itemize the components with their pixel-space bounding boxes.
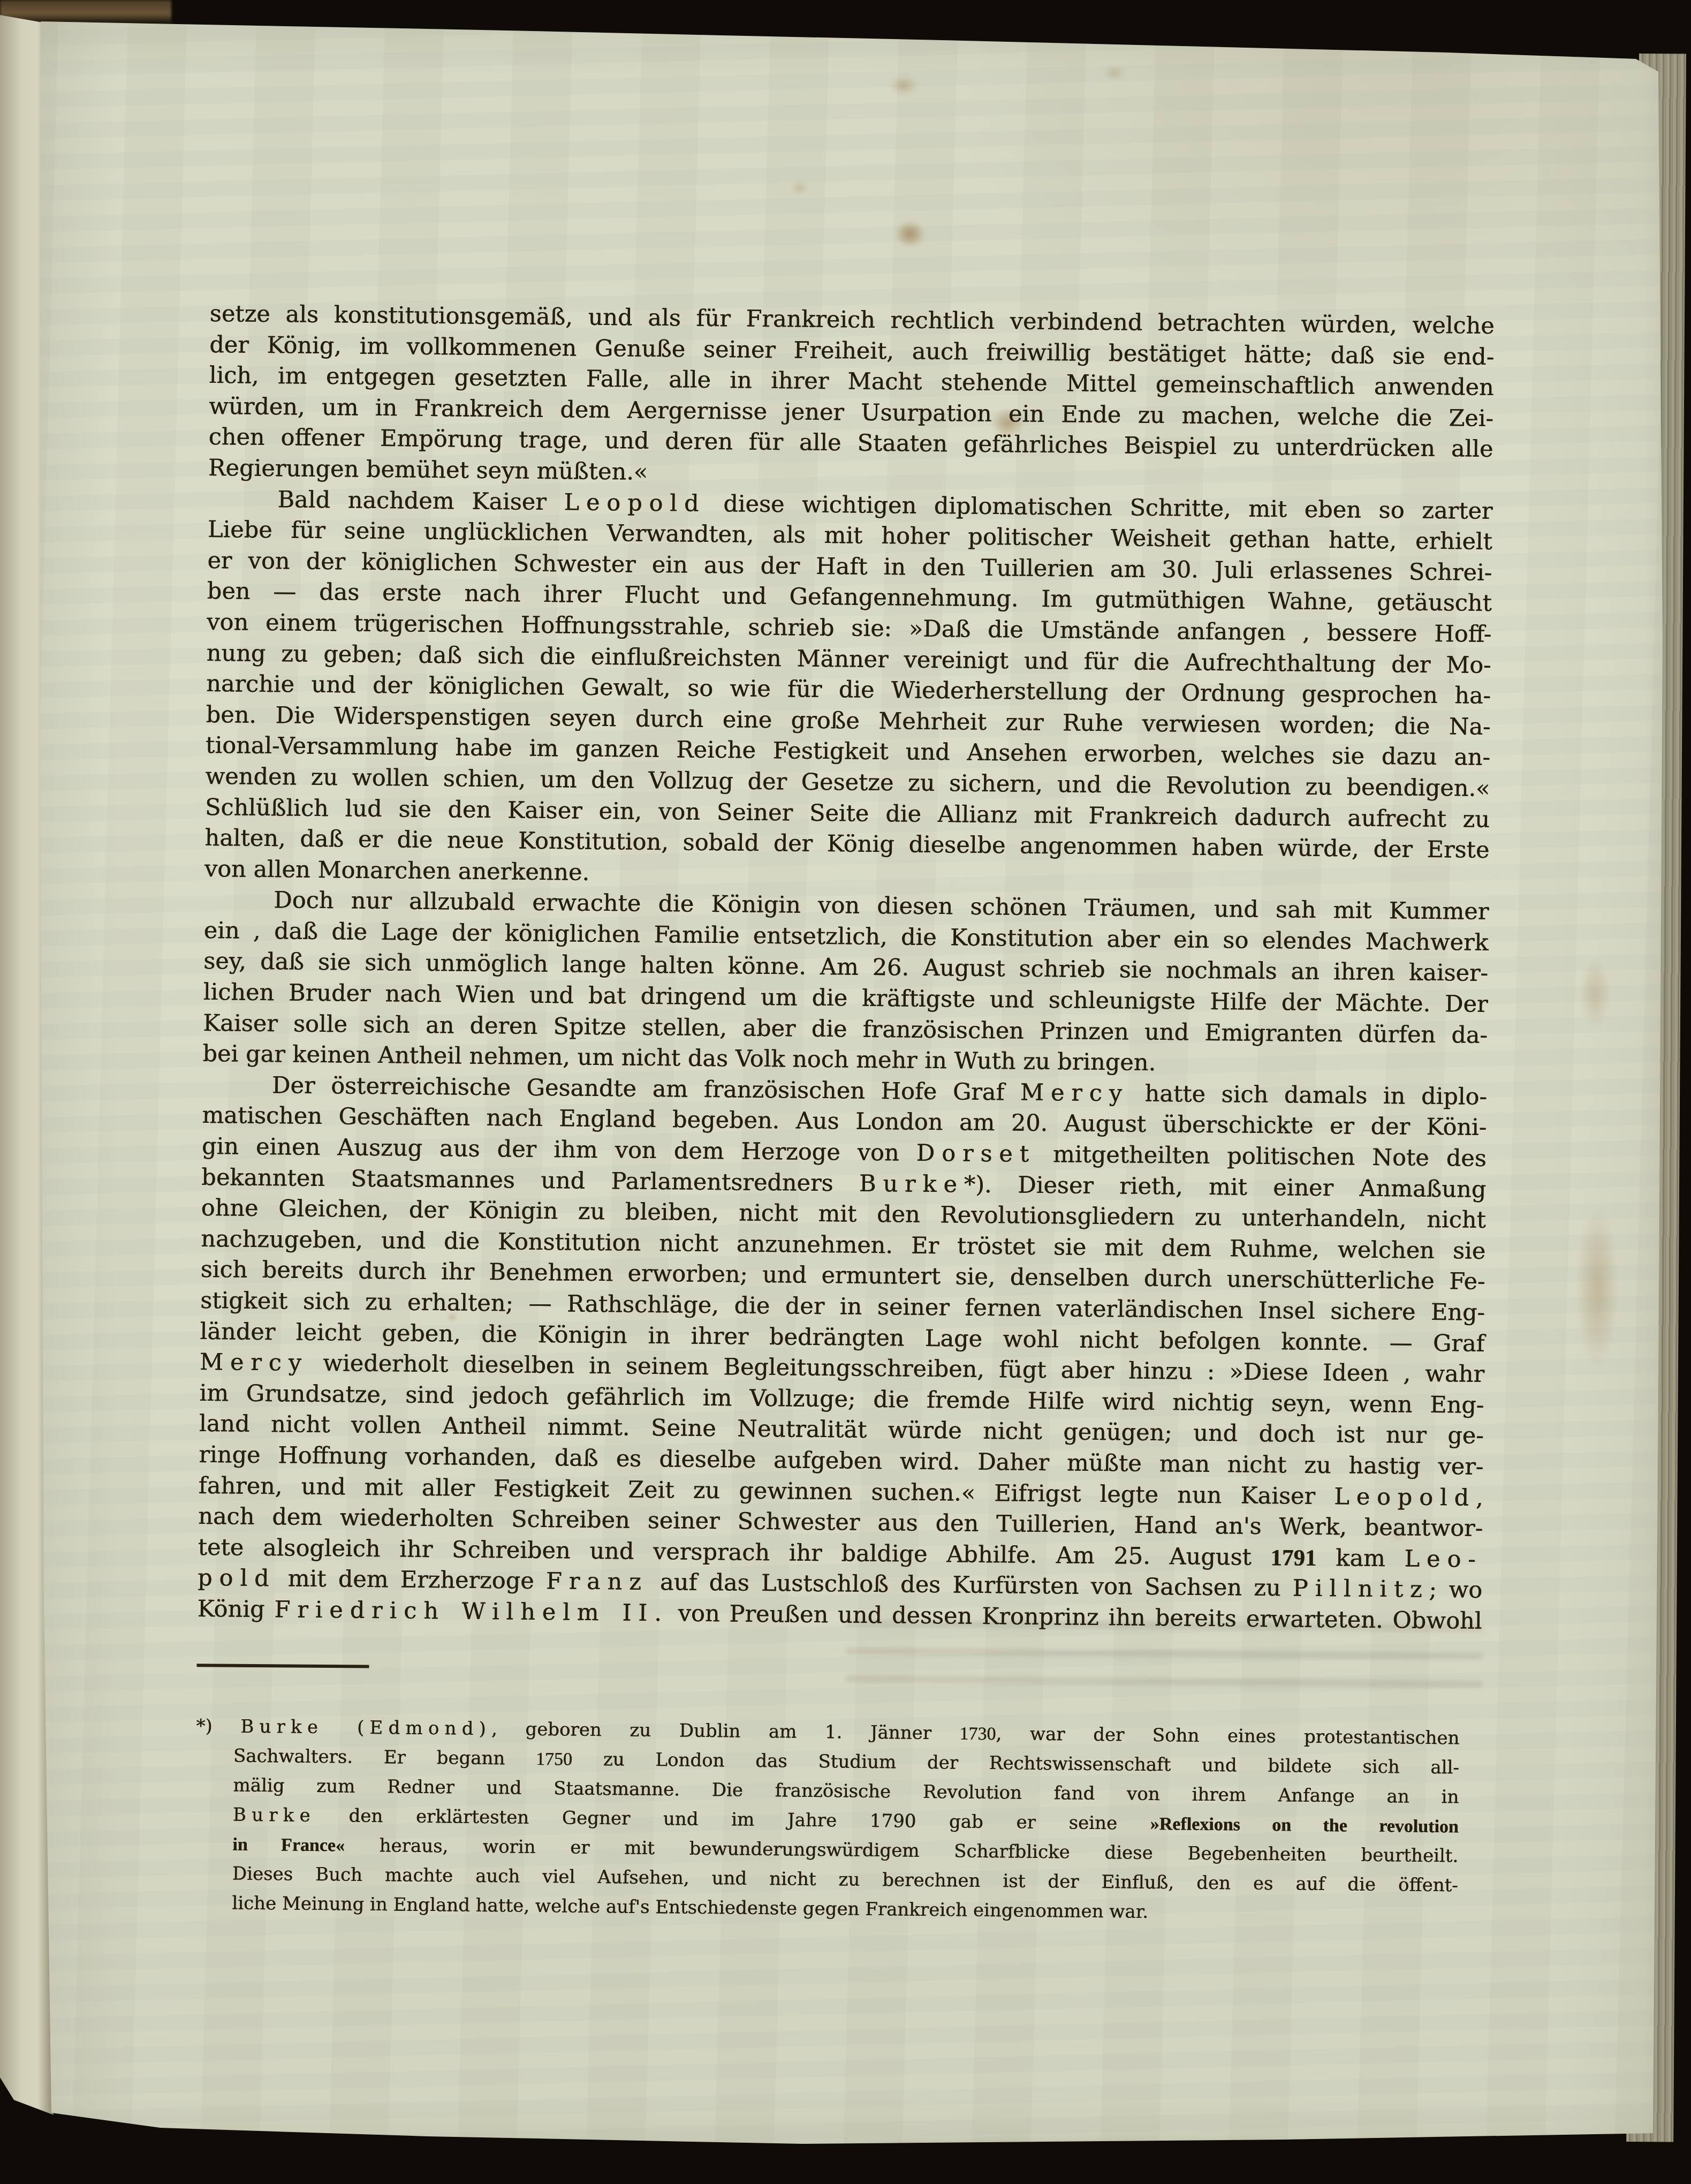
text-segment: Bald nachdem Kaiser <box>277 486 564 516</box>
text-segment: bekannten Staatsmannes und Parlamentsred… <box>201 1164 859 1197</box>
text-segment: Leopold <box>564 489 706 517</box>
text-segment: Mercy <box>200 1349 308 1377</box>
text-segment: »Reflexions on the revolution <box>1150 1814 1458 1837</box>
text-segment: 1750 <box>536 1749 572 1770</box>
text-segment: auf das Lustschloß des Kurfürsten von Sa… <box>648 1569 1293 1602</box>
text-segment: Franz <box>546 1568 648 1596</box>
text-segment: *) <box>196 1715 240 1737</box>
text-segment: gin einen Auszug aus der ihm von dem Her… <box>202 1133 916 1167</box>
text-segment: in France« <box>232 1834 345 1855</box>
text-segment: den erklärtesten Gegner und im Jahre 179… <box>315 1805 1150 1834</box>
paper-stain <box>1576 1207 1618 1368</box>
text-segment: Der österreichische Gesandte am französi… <box>272 1072 1020 1106</box>
text-segment: 1791 <box>1270 1545 1316 1571</box>
text-segment: von allen Monarchen anerkenne. <box>204 856 590 886</box>
text-segment: , geboren zu Dublin am 1. Jänner <box>491 1718 960 1744</box>
text-segment: mit dem Erzherzoge <box>276 1566 546 1595</box>
text-segment: Sachwalters. Er begann <box>233 1745 536 1769</box>
text-segment: 1730 <box>959 1724 996 1744</box>
footnote-text: *) Burke (Edmond), geboren zu Dublin am … <box>194 1711 1460 1930</box>
text-segment: Regierungen bemühet seyn müßten.« <box>208 455 648 486</box>
scanned-page: setze als konstitutionsgemäß, und als fü… <box>0 0 1691 2184</box>
main-text: setze als konstitutionsgemäß, und als fü… <box>197 299 1495 1637</box>
text-segment: Pillnitz <box>1292 1575 1429 1603</box>
text-segment: *). Dieser rieth, mit einer Anmaßung <box>964 1171 1486 1203</box>
paper-stain <box>1104 65 1125 80</box>
text-segment: zu London das Studium der Rechtswissensc… <box>572 1748 1459 1778</box>
paper-stain <box>890 76 917 95</box>
ink-bleedthrough <box>899 2142 1381 2174</box>
text-segment: Friedrich Wilhelm II. <box>274 1596 669 1627</box>
text-segment: mitgetheilten politischen Note des <box>1036 1141 1487 1172</box>
text-block: setze als konstitutionsgemäß, und als fü… <box>194 299 1495 1930</box>
text-segment: diese wichtigen diplomatischen Schritte,… <box>706 490 1492 524</box>
text-segment: von Preußen und dessen Kronprinz ihn ber… <box>668 1600 1482 1635</box>
footnote-separator-rule <box>196 1664 369 1668</box>
text-segment: , war der Sohn eines protestantischen <box>996 1723 1459 1749</box>
text-segment: liche Meinung in England hatte, welche a… <box>232 1892 1148 1922</box>
text-segment: Leo- <box>1404 1545 1483 1573</box>
text-segment: König <box>197 1596 274 1623</box>
text-segment: Dorset <box>916 1140 1036 1168</box>
text-segment: pold <box>198 1565 276 1592</box>
paper-stain <box>1580 958 1610 1028</box>
text-segment: Burke <box>233 1804 316 1826</box>
text-segment: ; wo <box>1429 1576 1482 1604</box>
text-segment: Leopold <box>1334 1483 1476 1512</box>
text-segment: Burke (Edmond) <box>240 1716 491 1739</box>
text-segment: kam <box>1316 1545 1404 1573</box>
text-segment: Mercy <box>1020 1079 1129 1107</box>
text-segment: hatte sich damals in diplo- <box>1129 1080 1487 1110</box>
text-segment: , <box>1476 1484 1483 1511</box>
paper-stain <box>895 221 925 247</box>
text-segment: Burke <box>859 1170 964 1198</box>
paper-stain <box>791 181 808 195</box>
book-scan: { "document": { "kind": "scanned histori… <box>0 0 1691 2184</box>
